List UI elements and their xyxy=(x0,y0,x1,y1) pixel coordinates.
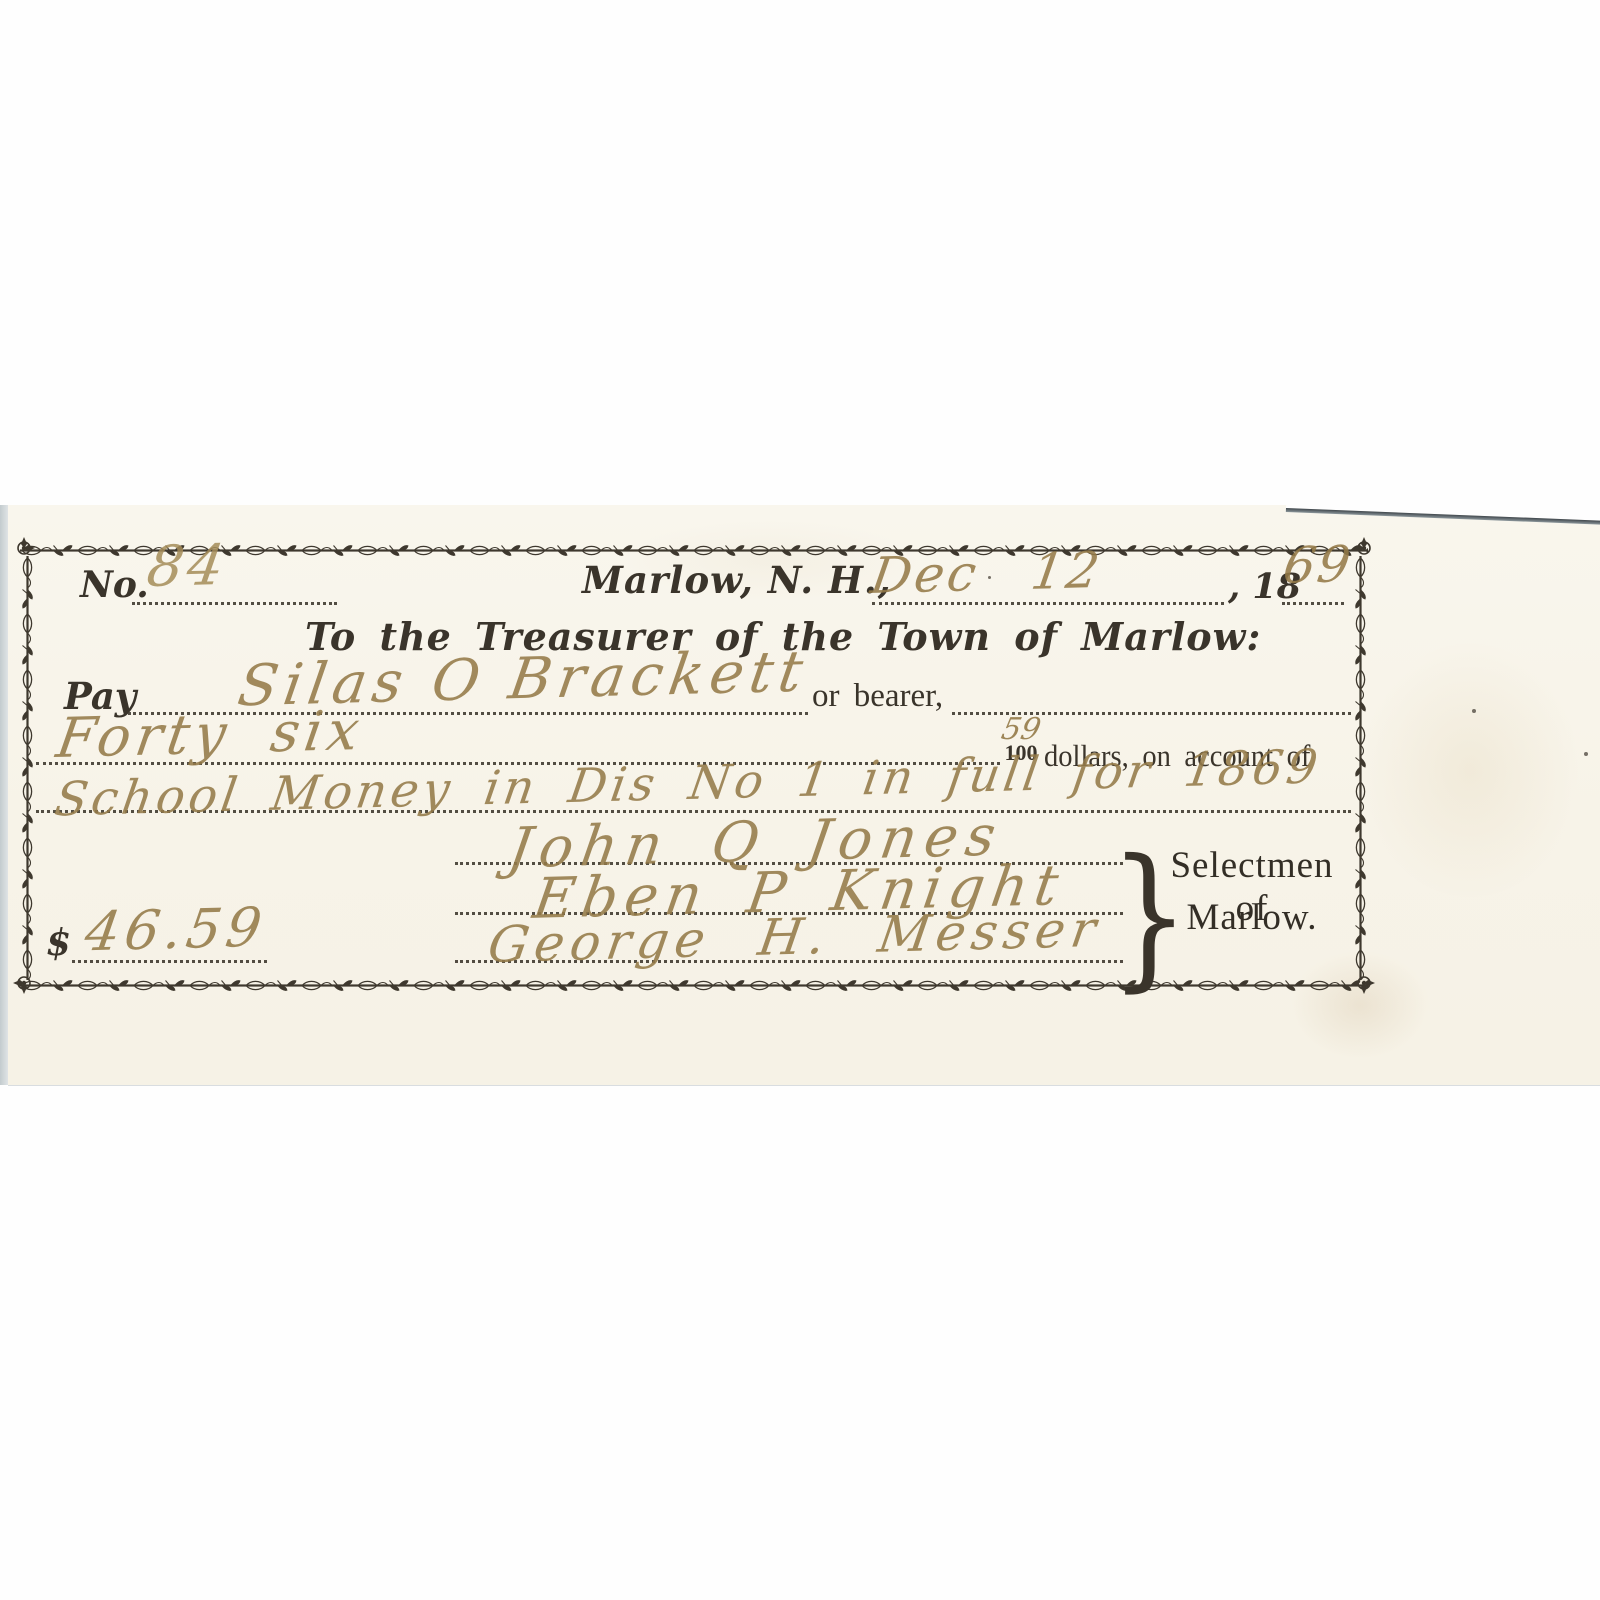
border-corner-knot xyxy=(1352,971,1376,995)
cents-handwritten: 59 xyxy=(995,718,1046,742)
date-handwritten: Dec 12 xyxy=(867,541,1106,605)
border-corner-knot xyxy=(12,536,36,560)
currency-symbol: $ xyxy=(46,922,71,964)
year-handwritten: 69 xyxy=(1280,535,1357,595)
border-ornament-right xyxy=(1353,556,1368,980)
border-ornament-left xyxy=(20,556,35,980)
number-label: No. xyxy=(80,564,149,606)
border-corner-knot xyxy=(12,971,36,995)
dotted-rule-year xyxy=(1282,602,1344,605)
number-value-handwritten: 84 xyxy=(143,533,232,600)
scanned-check-image: No. 84 Marlow, N. H., Dec 12 , 18 69 To … xyxy=(0,0,1600,1600)
amount-words-handwritten: Forty six xyxy=(53,698,369,770)
dotted-rule-number xyxy=(132,602,337,605)
amount-numeric-handwritten: 46.59 xyxy=(81,896,271,964)
paper-speck xyxy=(1584,752,1588,756)
selectmen-label-line2: Marlow. xyxy=(1152,896,1352,939)
paper-speck xyxy=(1472,709,1476,713)
bearer-text: or bearer, xyxy=(812,678,943,715)
place-printed: Marlow, N. H., xyxy=(582,558,892,602)
border-corner-knot xyxy=(1352,536,1376,560)
